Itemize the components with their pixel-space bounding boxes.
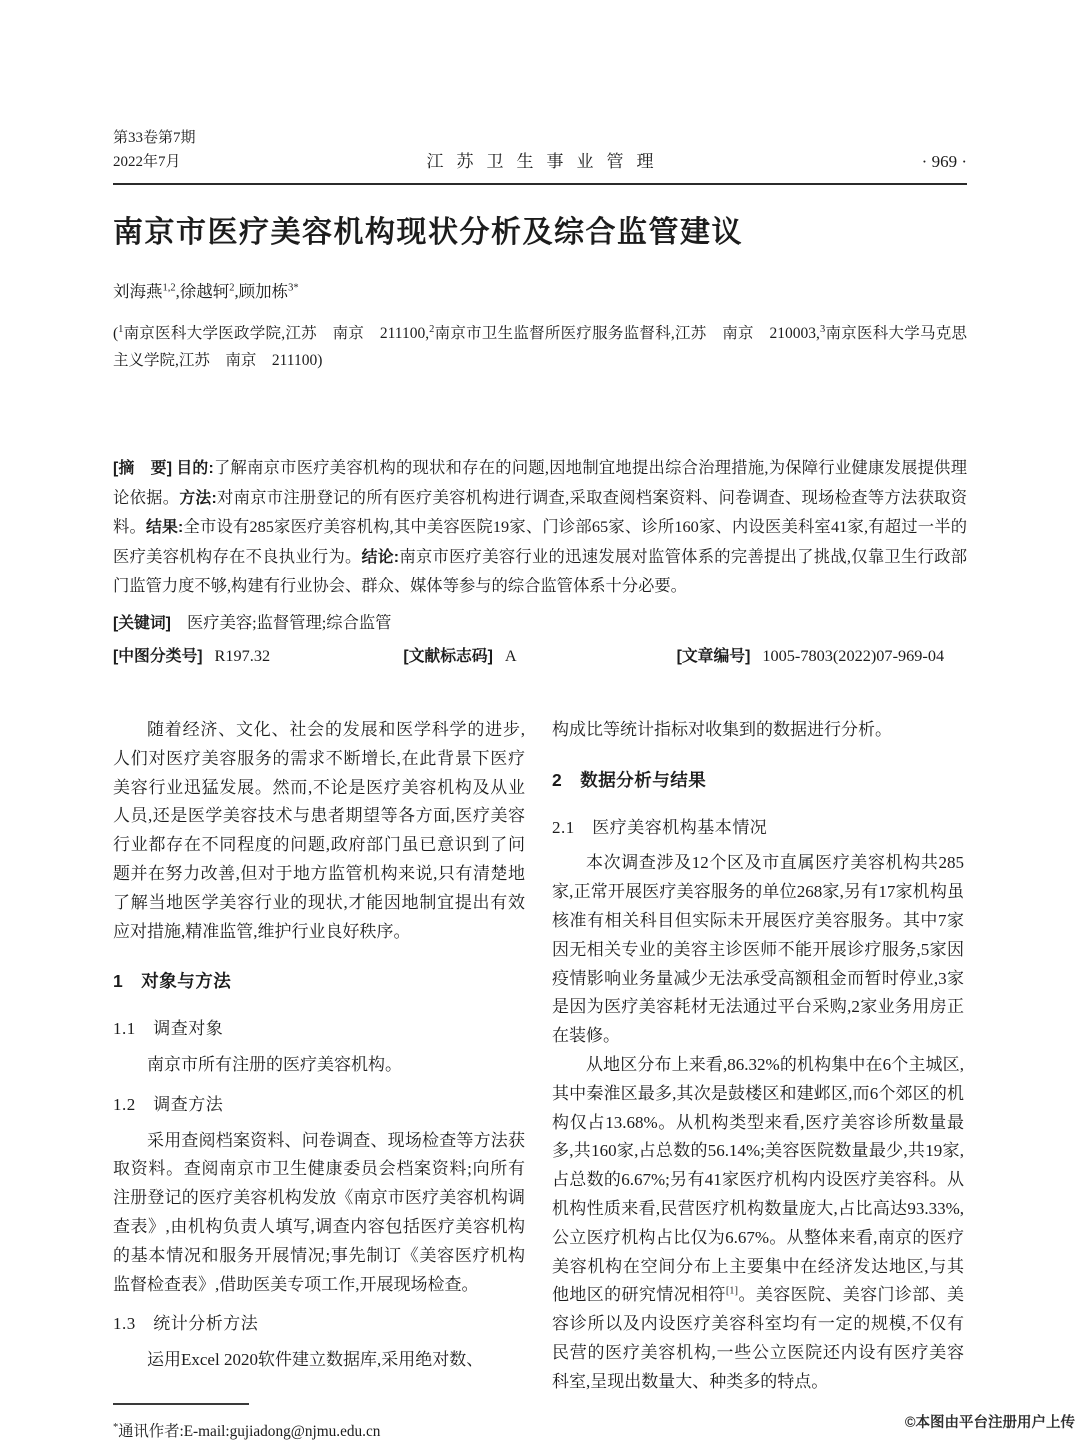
right-column: 构成比等统计指标对收集到的数据进行分析。 2 数据分析与结果 2.1 医疗美容机… — [552, 716, 964, 1447]
affiliation-text: 南京医科大学医政学院,江苏 南京 211100, — [123, 325, 429, 342]
body-columns: 随着经济、文化、社会的发展和医学科学的进步,人们对医疗美容服务的需求不断增长,在… — [113, 716, 967, 1447]
abstract-purpose-label: 目的: — [176, 460, 213, 477]
keywords-line: [关键词] 医疗美容;监督管理;综合监管 — [113, 609, 967, 633]
section-1-1-paragraph: 南京市所有注册的医疗美容机构。 — [113, 1051, 525, 1080]
section-2-1-paragraph-1: 本次调查涉及12个区及市直属医疗美容机构共285家,正常开展医疗美容服务的单位2… — [552, 849, 964, 1051]
footnote: *通讯作者:E-mail:gujiadong@njmu.edu.cn — [113, 1403, 525, 1447]
author-line: 刘海燕1,2,徐越轲2,顾加栋3* — [113, 278, 967, 302]
left-column: 随着经济、文化、社会的发展和医学科学的进步,人们对医疗美容服务的需求不断增长,在… — [113, 716, 525, 1447]
keywords-label: [关键词] — [113, 615, 171, 632]
journal-date: 2022年7月 — [113, 150, 303, 174]
section-1-3-paragraph: 运用Excel 2020软件建立数据库,采用绝对数、 — [113, 1346, 525, 1375]
article-no-value: 1005-7803(2022)07-969-04 — [762, 646, 944, 665]
section-2-heading: 2 数据分析与结果 — [552, 766, 964, 795]
section-1-2-paragraph: 采用查阅档案资料、问卷调查、现场检查等方法获取资料。查阅南京市卫生健康委员会档案… — [113, 1127, 525, 1300]
journal-volume-issue: 第33卷第7期 — [113, 126, 303, 150]
reference-marker: [1] — [726, 1286, 738, 1297]
author-superscript: 1,2 — [163, 283, 176, 294]
affiliation-line: (1南京医科大学医政学院,江苏 南京 211100,2南京市卫生监督所医疗服务监… — [113, 320, 967, 374]
section-2-1-heading: 2.1 医疗美容机构基本情况 — [552, 814, 964, 843]
affiliation-text: 南京市卫生监督所医疗服务监督科,江苏 南京 210003, — [434, 325, 820, 342]
intro-paragraph: 随着经济、文化、社会的发展和医学科学的进步,人们对医疗美容服务的需求不断增长,在… — [113, 716, 525, 946]
abstract-label: [摘 要] — [113, 460, 172, 477]
abstract-method-label: 方法: — [179, 490, 216, 507]
platform-watermark: ©本图由平台注册用户上传 — [905, 1411, 1075, 1432]
abstract: [摘 要] 目的:了解南京市医疗美容机构的现状和存在的问题,因地制宜地提出综合治… — [113, 454, 967, 601]
section-1-1-heading: 1.1 调查对象 — [113, 1015, 525, 1044]
doc-code-item: [文献标志码]A — [403, 643, 676, 666]
section-1-2-heading: 1.2 调查方法 — [113, 1091, 525, 1120]
clc-value: R197.32 — [215, 646, 271, 665]
footnote-divider — [113, 1403, 249, 1405]
article-no-item: [文章编号]1005-7803(2022)07-969-04 — [677, 643, 967, 666]
author: 顾加栋3* — [239, 282, 299, 301]
doc-code-label: [文献标志码] — [403, 648, 493, 665]
clc-item: [中图分类号]R197.32 — [113, 643, 403, 666]
corresponding-author-note: *通讯作者:E-mail:gujiadong@njmu.edu.cn — [113, 1418, 525, 1447]
doc-code-value: A — [505, 646, 517, 665]
article-title: 南京市医疗美容机构现状分析及综合监管建议 — [113, 207, 967, 251]
abstract-result-label: 结果: — [146, 519, 183, 536]
section-2-1-paragraph-2: 从地区分布上来看,86.32%的机构集中在6个主城区,其中秦淮区最多,其次是鼓楼… — [552, 1051, 964, 1397]
keywords-text: 医疗美容;监督管理;综合监管 — [187, 613, 391, 632]
abstract-conclusion-label: 结论: — [362, 549, 399, 566]
page-number: · 969 · — [777, 152, 967, 174]
journal-volume-date: 第33卷第7期 2022年7月 — [113, 126, 303, 174]
article-no-label: [文章编号] — [677, 648, 751, 665]
journal-page: 第33卷第7期 2022年7月 江苏卫生事业管理 · 969 · 南京市医疗美容… — [0, 0, 1080, 1447]
section-1-3-heading: 1.3 统计分析方法 — [113, 1310, 525, 1339]
author-superscript: 3* — [288, 283, 299, 294]
paragraph-text: 从地区分布上来看,86.32%的机构集中在6个主城区,其中秦淮区最多,其次是鼓楼… — [552, 1055, 964, 1304]
footnote-text: 通讯作者:E-mail:gujiadong@njmu.edu.cn — [118, 1423, 380, 1440]
journal-header: 第33卷第7期 2022年7月 江苏卫生事业管理 · 969 · — [113, 126, 967, 185]
section-1-heading: 1 对象与方法 — [113, 967, 525, 996]
author: 徐越轲2 — [180, 282, 235, 301]
continuation-paragraph: 构成比等统计指标对收集到的数据进行分析。 — [552, 716, 964, 745]
classification-line: [中图分类号]R197.32 [文献标志码]A [文章编号]1005-7803(… — [113, 643, 967, 666]
clc-label: [中图分类号] — [113, 648, 203, 665]
author: 刘海燕1,2 — [113, 282, 176, 301]
journal-name: 江苏卫生事业管理 — [303, 147, 777, 174]
